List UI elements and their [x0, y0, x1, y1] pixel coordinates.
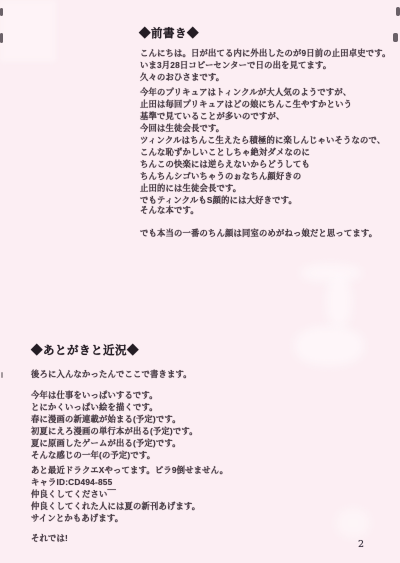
preface-heading: ◆前書き◆	[139, 25, 199, 41]
preface-paragraph-final: でも本当の一番のちん顔は同室のめがねっ娘だと思ってます。	[140, 227, 398, 239]
preface-paragraph-greeting: こんにちは。日が出てる内に外出したのが9日前の止田卓史です。 いま3月28日コピ…	[140, 47, 398, 83]
afterword-paragraph-dqx: あと最近ドラクエXやってます。ピラ9倒せません。 キャラID:CD494-855…	[31, 464, 331, 524]
scan-speck-artifact	[393, 33, 398, 42]
scanned-doujinshi-page: ◆前書き◆ こんにちは。日が出てる内に外出したのが9日前の止田卓史です。 いま3…	[0, 0, 400, 563]
scan-ghost-artifact	[326, 276, 352, 328]
afterword-paragraph-farewell: それでは!	[31, 532, 331, 544]
scan-speck-artifact	[396, 7, 400, 16]
afterword-paragraph-intro: 後ろに入んなかったんでここで書きます。	[31, 368, 331, 380]
preface-paragraph-summary: そんな本です。	[140, 204, 398, 216]
scan-speck-artifact	[0, 8, 3, 16]
scan-corner-light-artifact	[0, 0, 56, 62]
scan-speck-artifact	[1, 372, 3, 378]
afterword-heading: ◆あとがきと近況◆	[31, 342, 139, 358]
scan-ghost-artifact	[294, 326, 364, 366]
scan-speck-artifact	[0, 33, 3, 43]
page-number: 2	[358, 539, 364, 550]
afterword-paragraph-plans: 今年は仕事をいっぱいするです。 とにかくいっぱい絵を描くです。 春に漫画の新連載…	[31, 389, 331, 461]
preface-paragraph-main: 今年のプリキュアはトィンクルが大人気のようですが、 止田は毎回プリキュアはどの娘…	[140, 86, 398, 206]
scan-ghost-artifact	[336, 508, 370, 538]
